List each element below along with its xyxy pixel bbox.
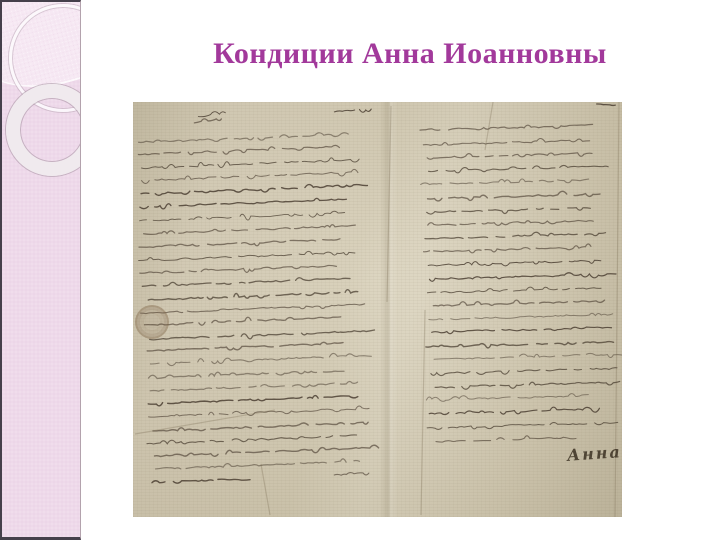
manuscript-photo: Анна — [133, 102, 622, 517]
decorative-sidebar — [0, 0, 81, 540]
signature-text: Анна — [566, 442, 622, 465]
handwriting-lines — [133, 102, 622, 517]
seal-mark — [135, 305, 169, 339]
circle-ornament-thick — [6, 84, 81, 176]
slide-canvas: Кондиции Анна Иоанновны Анна — [0, 0, 720, 540]
page-title: Кондиции Анна Иоанновны — [105, 33, 715, 77]
